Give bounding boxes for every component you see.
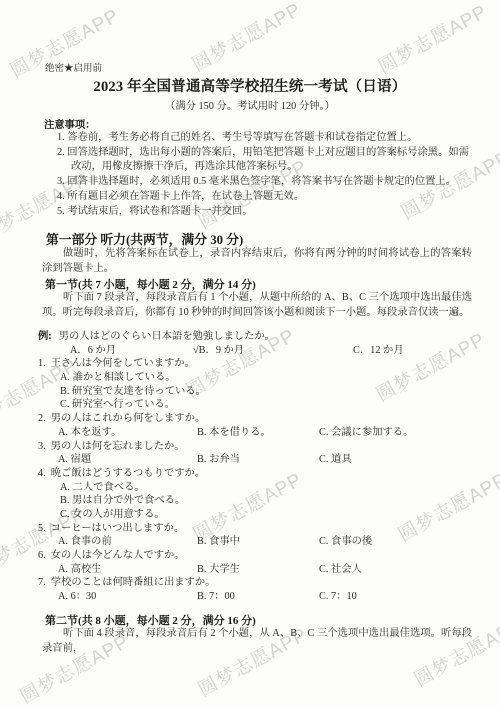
example-option-c: C．12 か月 bbox=[353, 344, 500, 358]
note-item: 2. 回答选择题时，选出每小题的答案后，用铅笔把答题卡上对应题目的答案标号涂黑。… bbox=[57, 146, 469, 175]
exam-subtitle: （满分 150 分。考试用时 120 分钟。） bbox=[165, 97, 335, 112]
option-c: C. 食事の後 bbox=[319, 535, 500, 549]
option-c: C. 7：10 bbox=[319, 590, 500, 604]
notes-heading: 注意事项： bbox=[44, 116, 95, 131]
example-option-b: √B．9 か月 bbox=[193, 344, 353, 358]
section2-intro: 听下面 4 段录音，每段录音后有 2 个小题，从 A、B、C 三个选项中选出最佳… bbox=[42, 627, 472, 657]
option-c: C. 会議に参加する。 bbox=[319, 426, 500, 440]
question-line: 1.王さんは今何をしていますか。 bbox=[0, 357, 500, 371]
option-c: C. 研究室へ行っている。 bbox=[0, 398, 500, 412]
exam-title: 2023 年全国普通高等学校招生统一考试（日语） bbox=[94, 75, 407, 96]
option-a: A. 宿題 bbox=[58, 453, 197, 467]
note-item: 3. 回答非选择题时，必须适用 0.5 毫米黑色签字笔，将答案书写在答题卡规定的… bbox=[57, 175, 469, 190]
question-line: 4.晩ご飯はどうするつもりですか。 bbox=[0, 467, 500, 481]
option-c: C. 道具 bbox=[319, 453, 500, 467]
question-text: 学校のことは何時番組に出ますか。 bbox=[51, 577, 216, 588]
notes-list: 1. 答卷前，考生务必将自己的姓名、考生号等填写在答题卡和试卷指定位置上。 2.… bbox=[57, 131, 469, 219]
part1-heading: 第一部分 听力(共两节，满分 30 分) bbox=[46, 229, 243, 248]
options-row: A. 本を返す。 B. 本を借りる。 C. 会議に参加する。 bbox=[0, 426, 500, 440]
part1-intro: 做题时，先将答案标在试卷上，录音内容结束后，你将有两分钟的时间将试卷上的答案转涂… bbox=[42, 247, 472, 277]
option-b: B. 大学生 bbox=[197, 563, 319, 577]
question-line: 5.コーヒーはいつ出しますか。 bbox=[0, 522, 500, 536]
option-b: B. 研究室で友達を待っている。 bbox=[0, 385, 500, 399]
options-row: A. 6：30 B. 7：00 C. 7：10 bbox=[0, 590, 500, 604]
option-a: A. 6：30 bbox=[58, 590, 197, 604]
option-c: C. 女の人が用意する。 bbox=[0, 508, 500, 522]
note-item: 5. 考试结束后，将试卷和答题卡一并交回。 bbox=[57, 205, 469, 220]
exam-paper-page: 圆梦志愿APP 圆梦志愿APP 圆梦志愿APP 圆梦志愿APP 圆梦志愿APP … bbox=[0, 0, 500, 707]
question-number: 3. bbox=[38, 441, 46, 452]
question-number: 1. bbox=[38, 358, 46, 369]
options-row: A. 食事の前 B. 食事中 C. 食事の後 bbox=[0, 535, 500, 549]
exam-content: 绝密★启用前 2023 年全国普通高等学校招生统一考试（日语） （满分 150 … bbox=[0, 0, 500, 707]
question-text: 王さんは今何をしていますか。 bbox=[51, 358, 195, 369]
question-number: 6. bbox=[38, 550, 46, 561]
option-b: B. お弁当 bbox=[197, 453, 319, 467]
option-a: A. 本を返す。 bbox=[58, 426, 197, 440]
question-line: 7.学校のことは何時番組に出ますか。 bbox=[0, 576, 500, 590]
option-b: B. 食事中 bbox=[197, 535, 319, 549]
question-line: 3.男の人は何を忘れましたか。 bbox=[0, 440, 500, 454]
example-question-line: 例:男の人はどのぐらい日本語を勉強しましたか。 bbox=[0, 330, 500, 344]
option-a: A. 誰かと相談している。 bbox=[0, 371, 500, 385]
example-options: A．6 か月 √B．9 か月 C．12 か月 bbox=[0, 344, 500, 358]
question-text: コーヒーはいつ出しますか。 bbox=[51, 523, 184, 534]
section1-intro: 听下面 7 段录音，每段录音后有 1 个小题，从题中所给的 A、B、C 三个选项… bbox=[42, 291, 472, 321]
question-text: 男の人は何を忘れましたか。 bbox=[51, 441, 185, 452]
option-a: A. 高校生 bbox=[58, 563, 197, 577]
question-number: 7. bbox=[38, 577, 46, 588]
listening-questions: 例:男の人はどのぐらい日本語を勉強しましたか。 A．6 か月 √B．9 か月 C… bbox=[0, 330, 500, 604]
example-option-a: A．6 か月 bbox=[70, 344, 193, 358]
question-line: 2.男の人はこれから何をしますか。 bbox=[0, 412, 500, 426]
option-b: B. 男は自分で外で食べる。 bbox=[0, 494, 500, 508]
question-number: 4. bbox=[38, 468, 46, 479]
note-item: 1. 答卷前，考生务必将自己的姓名、考生号等填写在答题卡和试卷指定位置上。 bbox=[57, 131, 469, 146]
question-number: 2. bbox=[38, 413, 46, 424]
question-line: 6.女の人は今どんな人ですか。 bbox=[0, 549, 500, 563]
option-a: A. 二人で食べる。 bbox=[0, 481, 500, 495]
secret-label: 绝密★启用前 bbox=[45, 60, 102, 74]
question-text: 女の人は今どんな人ですか。 bbox=[51, 550, 185, 561]
question-text: 晩ご飯はどうするつもりですか。 bbox=[51, 468, 205, 479]
example-label: 例: bbox=[38, 331, 52, 342]
question-text: 男の人はこれから何をしますか。 bbox=[51, 413, 205, 424]
option-b: B. 本を借りる。 bbox=[197, 426, 319, 440]
example-question: 男の人はどのぐらい日本語を勉強しましたか。 bbox=[59, 331, 275, 342]
option-a: A. 食事の前 bbox=[58, 535, 197, 549]
options-row: A. 高校生 B. 大学生 C. 社会人 bbox=[0, 563, 500, 577]
section2-heading: 第二节(共 8 小题，每小题 2 分，满分 16 分) bbox=[45, 612, 256, 628]
note-item: 4. 所有题目必须在答题卡上作答，在试卷上答题无效。 bbox=[57, 190, 469, 205]
question-number: 5. bbox=[38, 523, 46, 534]
options-row: A. 宿題 B. お弁当 C. 道具 bbox=[0, 453, 500, 467]
section1-heading: 第一节(共 7 小题，每小题 2 分，满分 14 分) bbox=[45, 276, 256, 292]
option-b: B. 7：00 bbox=[197, 590, 319, 604]
option-c: C. 社会人 bbox=[319, 563, 500, 577]
